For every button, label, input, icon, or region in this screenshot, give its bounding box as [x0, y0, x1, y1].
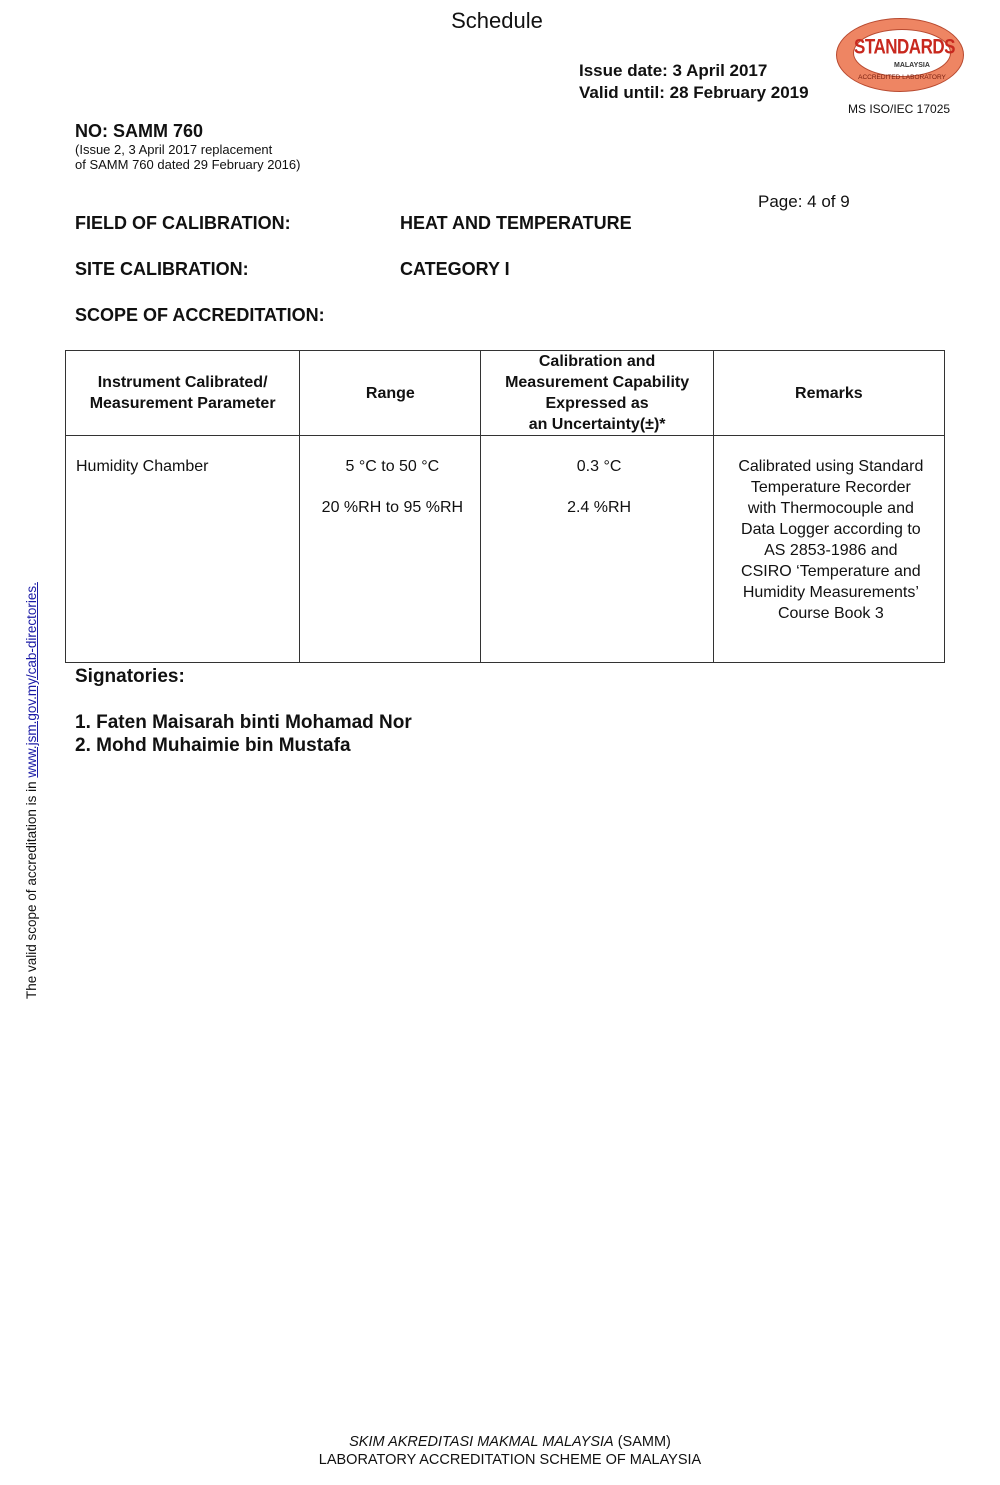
valid-until: Valid until: 28 February 2019 — [579, 82, 809, 104]
standards-malaysia-logo: STANDARDS MALAYSIA ACCREDITED LABORATORY… — [834, 16, 972, 120]
footer-scheme-english: LABORATORY ACCREDITATION SCHEME OF MALAY… — [0, 1451, 1000, 1469]
issue-date: Issue date: 3 April 2017 — [579, 60, 809, 82]
table-row: Humidity Chamber 5 °C to 50 °C 20 %RH to… — [66, 436, 945, 663]
cell-range: 5 °C to 50 °C 20 %RH to 95 %RH — [300, 436, 481, 663]
logo-brand: STANDARDS — [854, 35, 950, 60]
table-header-row: Instrument Calibrated/ Measurement Param… — [66, 351, 945, 436]
field-label: FIELD OF CALIBRATION: — [75, 213, 291, 234]
scope-note-text: The valid scope of accreditation is in — [24, 778, 39, 999]
cell-instrument: Humidity Chamber — [66, 436, 300, 663]
document-number-block: NO: SAMM 760 (Issue 2, 3 April 2017 repl… — [75, 120, 300, 172]
scope-validity-note: The valid scope of accreditation is in w… — [24, 582, 39, 999]
cab-directories-link[interactable]: www.jsm.gov.my/cab-directories. — [24, 582, 39, 778]
footer-abbrev: (SAMM) — [614, 1434, 671, 1450]
signatories-block: Signatories: 1. Faten Maisarah binti Moh… — [75, 665, 412, 757]
logo-ring-icon: STANDARDS MALAYSIA ACCREDITED LABORATORY — [836, 18, 964, 92]
validity-block: Issue date: 3 April 2017 Valid until: 28… — [579, 60, 809, 104]
field-value: CATEGORY I — [400, 259, 510, 280]
field-label: SCOPE OF ACCREDITATION: — [75, 305, 325, 326]
header-instrument: Instrument Calibrated/ Measurement Param… — [66, 351, 300, 436]
header-remarks: Remarks — [713, 351, 944, 436]
header-range: Range — [300, 351, 481, 436]
signatory-1: 1. Faten Maisarah binti Mohamad Nor — [75, 711, 412, 734]
logo-standard: MS ISO/IEC 17025 — [848, 102, 950, 116]
page-number: Page: 4 of 9 — [758, 192, 850, 212]
logo-arc-text: ACCREDITED LABORATORY — [837, 74, 967, 81]
logo-country: MALAYSIA — [894, 62, 930, 69]
field-label: SITE CALIBRATION: — [75, 259, 249, 280]
issue-note-line1: (Issue 2, 3 April 2017 replacement — [75, 142, 300, 157]
page-footer: SKIM AKREDITASI MAKMAL MALAYSIA (SAMM) L… — [0, 1433, 1000, 1469]
signatory-2: 2. Mohd Muhaimie bin Mustafa — [75, 734, 412, 757]
issue-note-line2: of SAMM 760 dated 29 February 2016) — [75, 157, 300, 172]
document-number: NO: SAMM 760 — [75, 120, 300, 142]
footer-scheme-malay: SKIM AKREDITASI MAKMAL MALAYSIA — [349, 1434, 614, 1450]
scope-table: Instrument Calibrated/ Measurement Param… — [65, 350, 945, 663]
cell-remarks: Calibrated using Standard Temperature Re… — [713, 436, 944, 663]
header-uncertainty: Calibration and Measurement Capability E… — [481, 351, 713, 436]
field-value: HEAT AND TEMPERATURE — [400, 213, 632, 234]
cell-uncertainty: 0.3 °C 2.4 %RH — [481, 436, 713, 663]
signatories-title: Signatories: — [75, 665, 412, 689]
